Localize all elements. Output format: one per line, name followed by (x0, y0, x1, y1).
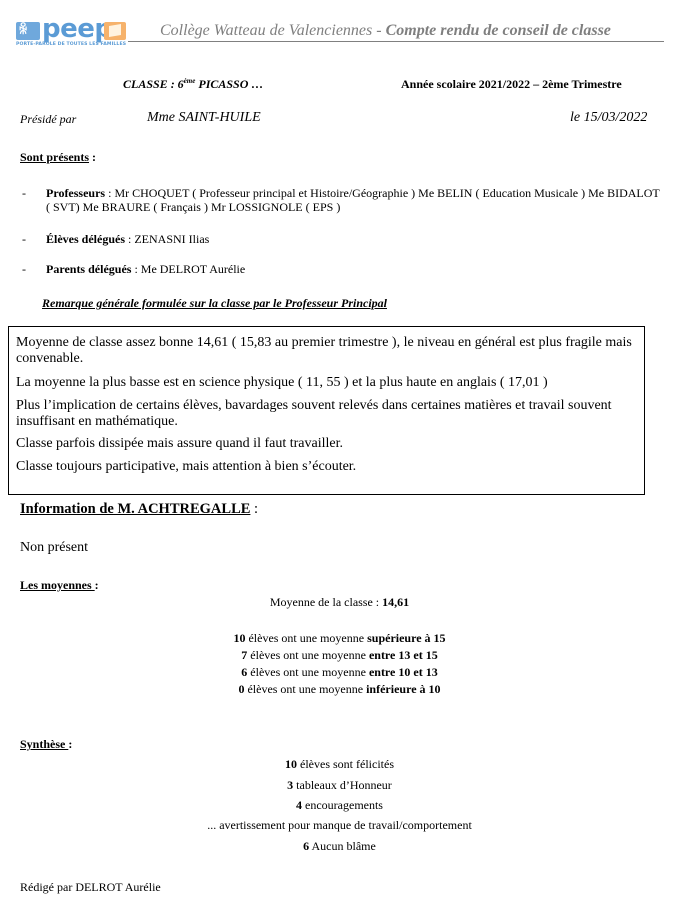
logo-name: peep (42, 14, 113, 44)
presided-name: Mme SAINT-HUILE (147, 110, 261, 126)
info-text: Non présent (20, 540, 88, 556)
averages-heading: Les moyennes : (20, 578, 99, 593)
remark-paragraph: Plus l’implication de certains élèves, b… (16, 398, 636, 430)
bullet-dash: - (22, 232, 26, 247)
class-name: CLASSE : 6ème PICASSO … (123, 77, 263, 92)
remark-paragraph: La moyenne la plus basse est en science … (16, 375, 636, 391)
synthesis-row: 10 élèves sont félicités (0, 757, 679, 772)
report-title: Compte rendu de conseil de classe (386, 22, 611, 39)
family-puzzle-icon: ꆜ (16, 22, 40, 40)
synthesis-row: ... avertissement pour manque de travail… (0, 818, 679, 833)
bullet-dash: - (22, 186, 26, 201)
remark-heading: Remarque générale formulée sur la classe… (42, 296, 387, 311)
class-average: Moyenne de la classe : 14,61 (0, 595, 679, 610)
attendees-heading: Sont présents : (20, 150, 96, 165)
bullet-dash: - (22, 262, 26, 277)
school-year: Année scolaire 2021/2022 – 2ème Trimestr… (401, 77, 622, 92)
synthesis-row: 6 Aucun blâme (0, 839, 679, 854)
synthesis-row: 4 encouragements (0, 798, 679, 813)
average-row: 10 élèves ont une moyenne supérieure à 1… (0, 631, 679, 646)
book-icon (104, 22, 126, 40)
remark-box: Moyenne de classe assez bonne 14,61 ( 15… (8, 326, 645, 495)
average-row: 6 élèves ont une moyenne entre 10 et 13 (0, 665, 679, 680)
average-row: 0 élèves ont une moyenne inférieure à 10 (0, 682, 679, 697)
synthesis-heading: Synthèse : (20, 737, 72, 752)
average-row: 7 élèves ont une moyenne entre 13 et 15 (0, 648, 679, 663)
header-divider (128, 41, 664, 42)
logo-tagline: PORTE-PAROLE DE TOUTES LES FAMILLES (16, 42, 126, 47)
remark-paragraph: Classe toujours participative, mais atte… (16, 459, 636, 475)
document-title: Collège Watteau de Valenciennes - Compte… (160, 22, 611, 40)
synthesis-row: 3 tableaux d’Honneur (0, 778, 679, 793)
peep-logo: ꆜ peep PORTE-PAROLE DE TOUTES LES FAMILL… (16, 20, 128, 50)
meeting-date: le 15/03/2022 (570, 110, 647, 126)
remark-paragraph: Classe parfois dissipée mais assure quan… (16, 436, 636, 452)
info-heading: Information de M. ACHTREGALLE : (20, 501, 258, 518)
author-line: Rédigé par DELROT Aurélie (20, 880, 161, 895)
presided-label: Présidé par (20, 112, 76, 127)
remark-paragraph: Moyenne de classe assez bonne 14,61 ( 15… (16, 335, 636, 367)
school-name: Collège Watteau de Valenciennes - (160, 22, 386, 39)
